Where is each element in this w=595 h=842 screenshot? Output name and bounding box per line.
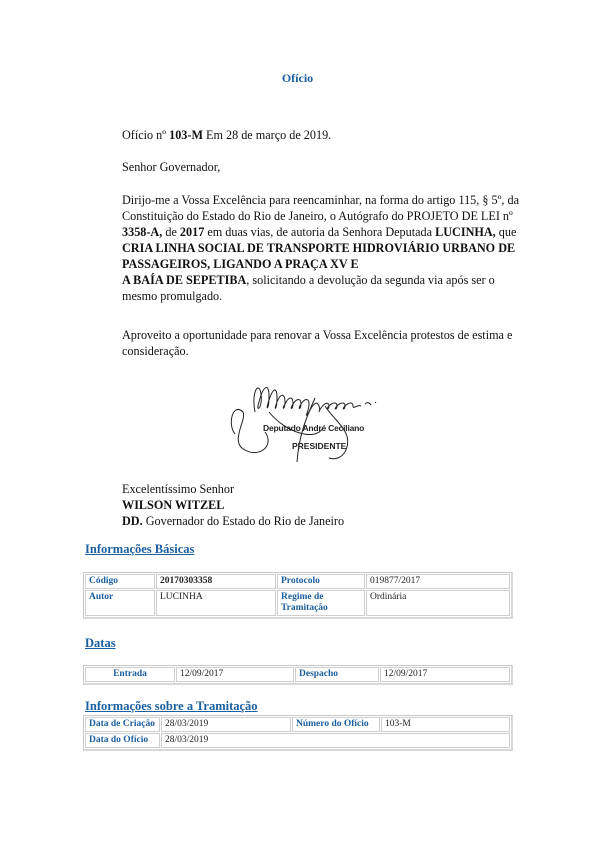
table-row: Data de Criação 28/03/2019 Número do Ofí… [85,717,510,732]
value-autor: LUCINHA [156,590,276,616]
section-heading-tramitacao: Informações sobre a Tramitação [85,699,258,714]
label-entrada: Entrada [85,667,175,682]
oficio-number: 103-M [169,128,203,142]
value-data-oficio: 28/03/2019 [161,733,510,748]
tramitacao-table: Data de Criação 28/03/2019 Número do Ofí… [83,715,513,751]
recipient-salutation: Excelentíssimo Senhor [122,481,522,497]
table-row: Entrada 12/09/2017 Despacho 12/09/2017 [85,667,510,682]
label-despacho: Despacho [295,667,379,682]
table-row: Data do Ofício 28/03/2019 [85,733,510,748]
table-row: Autor LUCINHA Regime de Tramitação Ordin… [85,590,510,616]
label-autor: Autor [85,590,155,616]
table-row: Código 20170303358 Protocolo 019877/2017 [85,574,510,589]
value-codigo: 20170303358 [156,574,276,589]
value-despacho: 12/09/2017 [380,667,510,682]
label-regime: Regime de Tramitação [277,590,365,616]
value-numero-oficio: 103-M [381,717,510,732]
dates-table: Entrada 12/09/2017 Despacho 12/09/2017 [83,665,513,685]
oficio-line: Ofício nº 103-M Em 28 de março de 2019. [122,127,522,143]
value-regime: Ordinária [366,590,510,616]
section-heading-datas: Datas [85,636,116,651]
value-entrada: 12/09/2017 [176,667,294,682]
signatory-name: Deputado André Ceciliano [263,423,364,433]
recipient-block: Excelentíssimo Senhor WILSON WITZEL DD. … [122,481,522,529]
document-title: Ofício [0,71,595,86]
signature-block: Deputado André Ceciliano PRESIDENTE [225,372,400,462]
label-data-criacao: Data de Criação [85,717,160,732]
label-numero-oficio: Número do Ofício [292,717,380,732]
value-protocolo: 019877/2017 [366,574,510,589]
letter-body: Dirijo-me a Vossa Excelência para reenca… [122,192,522,304]
value-data-criacao: 28/03/2019 [161,717,291,732]
signatory-role: PRESIDENTE [292,441,346,451]
greeting: Senhor Governador, [122,159,522,175]
section-heading-basicas: Informações Básicas [85,542,194,557]
basic-info-table: Código 20170303358 Protocolo 019877/2017… [83,572,513,619]
recipient-title: DD. Governador do Estado do Rio de Janei… [122,513,522,529]
recipient-name: WILSON WITZEL [122,498,224,512]
label-data-oficio: Data do Ofício [85,733,160,748]
closing-paragraph: Aproveito a oportunidade para renovar a … [122,327,522,359]
label-protocolo: Protocolo [277,574,365,589]
label-codigo: Código [85,574,155,589]
